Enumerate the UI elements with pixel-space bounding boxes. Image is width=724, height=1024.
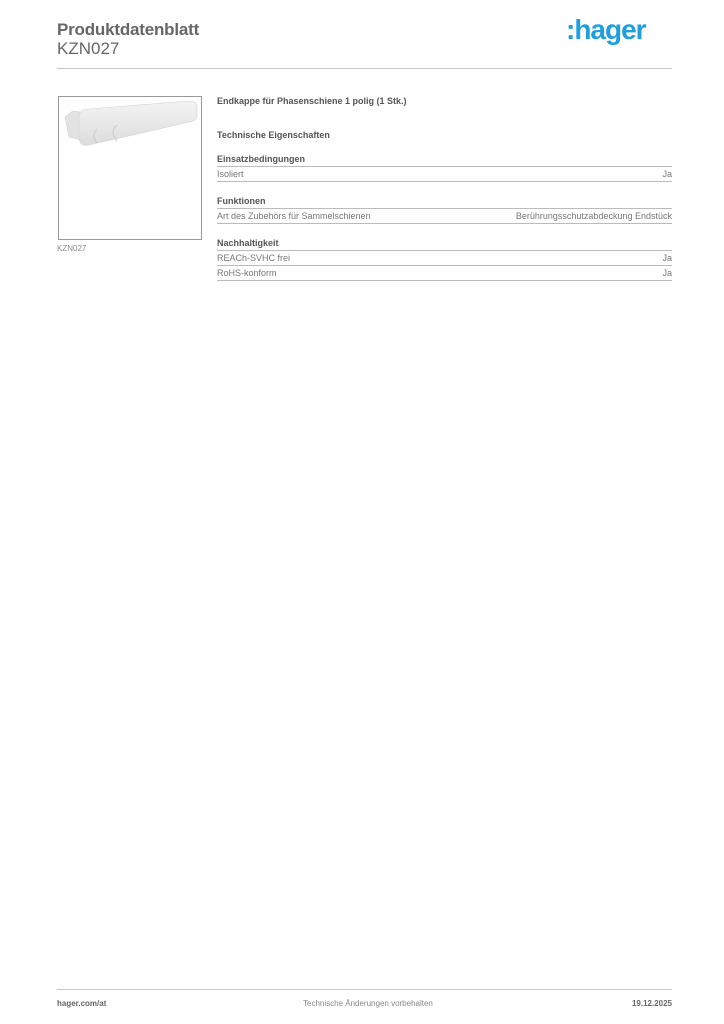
section-heading: Nachhaltigkeit — [217, 237, 672, 251]
property-value: Berührungsschutzabdeckung Endstück — [516, 210, 672, 223]
product-details: Endkappe für Phasenschiene 1 polig (1 St… — [217, 96, 672, 281]
section-heading: Einsatzbedingungen — [217, 153, 672, 167]
property-row: REACh-SVHC frei Ja — [217, 251, 672, 266]
document-title: Produktdatenblatt — [57, 20, 199, 40]
section-einsatzbedingungen: Einsatzbedingungen Isoliert Ja — [217, 153, 672, 182]
technical-properties-heading: Technische Eigenschaften — [217, 130, 672, 153]
property-value: Ja — [662, 168, 672, 181]
property-row: Isoliert Ja — [217, 167, 672, 182]
hager-logo: :hager — [566, 14, 646, 46]
image-caption: KZN027 — [57, 244, 86, 253]
section-funktionen: Funktionen Art des Zubehörs für Sammelsc… — [217, 195, 672, 224]
property-label: Isoliert — [217, 168, 244, 181]
property-label: Art des Zubehörs für Sammelschienen — [217, 210, 371, 223]
header-divider — [57, 68, 672, 69]
footer-website-link[interactable]: hager.com/at — [57, 999, 106, 1008]
property-row: RoHS-konform Ja — [217, 266, 672, 281]
product-image — [58, 96, 202, 240]
end-cap-illustration-icon — [59, 97, 201, 239]
footer-divider — [57, 989, 672, 990]
property-label: RoHS-konform — [217, 267, 277, 280]
property-row: Art des Zubehörs für Sammelschienen Berü… — [217, 209, 672, 224]
section-heading: Funktionen — [217, 195, 672, 209]
article-number: KZN027 — [57, 39, 119, 59]
footer-notice: Technische Änderungen vorbehalten — [303, 999, 433, 1008]
product-name: Endkappe für Phasenschiene 1 polig (1 St… — [217, 96, 672, 130]
section-nachhaltigkeit: Nachhaltigkeit REACh-SVHC frei Ja RoHS-k… — [217, 237, 672, 281]
property-label: REACh-SVHC frei — [217, 252, 290, 265]
footer-date: 19.12.2025 — [632, 999, 672, 1008]
property-value: Ja — [662, 267, 672, 280]
property-value: Ja — [662, 252, 672, 265]
